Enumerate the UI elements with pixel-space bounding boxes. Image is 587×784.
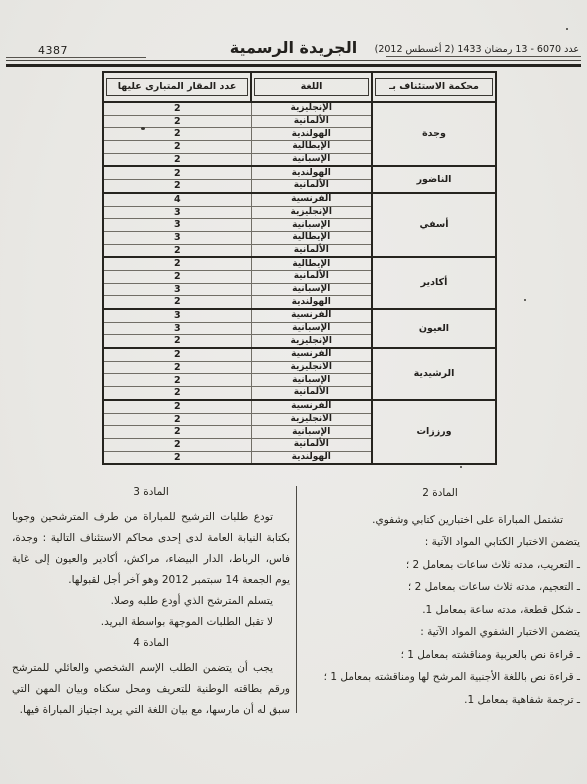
- court-cell: أكادير: [372, 257, 496, 309]
- court-cell: الناضور: [372, 166, 496, 192]
- right-article-column: المادة 2تشتمل المباراة على اختبارين كتاب…: [300, 482, 580, 711]
- language-cell: الإسبانية: [251, 283, 372, 296]
- seats-cell: 2: [103, 400, 251, 413]
- language-cell: الإيطالية: [251, 231, 372, 244]
- court-cell: الرشيدية: [372, 348, 496, 400]
- issue-underline: [386, 56, 581, 57]
- table-body: وجدةالإنجليزية2الألمانية2الهولندية2الإيط…: [103, 102, 496, 464]
- court-cell: أسفي: [372, 193, 496, 257]
- languages-table: محكمة الاستئناف بـ اللغة عدد المقار المت…: [102, 71, 497, 465]
- seats-cell: 2: [103, 270, 251, 283]
- table-row: الرشيديةالفرنسية2: [103, 348, 496, 361]
- seats-cell: 3: [103, 206, 251, 219]
- seats-cell: 2: [103, 335, 251, 348]
- header-seats: عدد المقار المتبارى عليها: [103, 72, 251, 102]
- article-text-line: تشتمل المباراة على اختبارين كتابي وشفوي.: [300, 509, 580, 532]
- seats-cell: 2: [103, 374, 251, 387]
- table-row: أكاديرالإيطالية2: [103, 257, 496, 270]
- seats-cell: 2: [103, 102, 251, 115]
- language-cell: الهولندية: [251, 451, 372, 464]
- language-cell: الألمانية: [251, 244, 372, 257]
- seats-cell: 2: [103, 244, 251, 257]
- language-cell: الألمانية: [251, 438, 372, 451]
- table-row: الناضورالهولندية2: [103, 166, 496, 179]
- language-cell: الإسبانية: [251, 426, 372, 439]
- seats-cell: 2: [103, 153, 251, 166]
- scan-artifact-dot: [141, 127, 145, 130]
- seats-cell: 2: [103, 296, 251, 309]
- column-divider-rule: [296, 486, 297, 713]
- court-cell: ورززات: [372, 400, 496, 464]
- table-row: أسفيالفرنسية4: [103, 193, 496, 206]
- seats-cell: 2: [103, 115, 251, 128]
- court-cell: وجدة: [372, 102, 496, 166]
- header-court: محكمة الاستئناف بـ: [372, 72, 496, 102]
- seats-cell: 2: [103, 387, 251, 400]
- seats-cell: 2: [103, 348, 251, 361]
- language-cell: الانجليزية: [251, 413, 372, 426]
- language-cell: الفرنسية: [251, 348, 372, 361]
- language-cell: الألمانية: [251, 115, 372, 128]
- seats-cell: 2: [103, 451, 251, 464]
- article-text-line: ـ التعجيم، مدته ثلاث ساعات بمعامل 2 ؛: [300, 576, 580, 599]
- language-cell: الفرنسية: [251, 400, 372, 413]
- seats-cell: 2: [103, 128, 251, 141]
- language-cell: الفرنسية: [251, 193, 372, 206]
- seats-cell: 3: [103, 322, 251, 335]
- languages-table-container: محكمة الاستئناف بـ اللغة عدد المقار المت…: [104, 71, 497, 465]
- table-row: العيونالفرنسية3: [103, 309, 496, 322]
- language-cell: الإسبانية: [251, 322, 372, 335]
- article-heading: المادة 3: [12, 482, 290, 503]
- article-text-line: لا تقبل الطلبات الموجهة بواسطة البريد.: [12, 612, 290, 633]
- article-text-line: يتسلم المترشح الذي أودع طلبه وصلا.: [12, 591, 290, 612]
- language-cell: الإنجليزية: [251, 206, 372, 219]
- article-text-line: ـ ترجمة شفاهية بمعامل 1.: [300, 689, 580, 712]
- language-cell: الانجليزية: [251, 361, 372, 374]
- seats-cell: 2: [103, 257, 251, 270]
- article-text-line: ـ التعريب، مدته ثلاث ساعات بمعامل 2 ؛: [300, 554, 580, 577]
- language-cell: الألمانية: [251, 387, 372, 400]
- language-cell: الهولندية: [251, 296, 372, 309]
- seats-cell: 2: [103, 413, 251, 426]
- language-cell: الألمانية: [251, 180, 372, 193]
- seats-cell: 2: [103, 361, 251, 374]
- language-cell: الفرنسية: [251, 309, 372, 322]
- seats-cell: 2: [103, 426, 251, 439]
- table-header-row: محكمة الاستئناف بـ اللغة عدد المقار المت…: [103, 72, 496, 102]
- article-text-line: يتضمن الاختبار الكتابي المواد الآتية :: [300, 531, 580, 554]
- seats-cell: 3: [103, 309, 251, 322]
- article-text-line: يتضمن الاختبار الشفوي المواد الآتية :: [300, 621, 580, 644]
- court-cell: العيون: [372, 309, 496, 348]
- scan-artifact-dot: [524, 299, 526, 301]
- language-cell: الإنجليزية: [251, 102, 372, 115]
- table-row: ورززاتالفرنسية2: [103, 400, 496, 413]
- article-text-line: تودع طلبات الترشيح للمباراة من طرف المتر…: [12, 507, 290, 591]
- article-text-line: ـ قراءة نص باللغة الأجنبية المرشح لها وم…: [300, 666, 580, 689]
- language-cell: الهولندية: [251, 128, 372, 141]
- language-cell: الإسبانية: [251, 153, 372, 166]
- header-language: اللغة: [251, 72, 372, 102]
- language-cell: الإيطالية: [251, 257, 372, 270]
- language-cell: الهولندية: [251, 166, 372, 179]
- table-row: وجدةالإنجليزية2: [103, 102, 496, 115]
- seats-cell: 3: [103, 283, 251, 296]
- seats-cell: 3: [103, 219, 251, 232]
- seats-cell: 2: [103, 180, 251, 193]
- language-cell: الإسبانية: [251, 374, 372, 387]
- seats-cell: 2: [103, 438, 251, 451]
- article-heading: المادة 2: [300, 482, 580, 505]
- seats-cell: 2: [103, 166, 251, 179]
- language-cell: الإيطالية: [251, 141, 372, 154]
- article-text-line: ـ قراءة نص بالعربية ومناقشته بمعامل 1 ؛: [300, 644, 580, 667]
- scan-artifact-dot: [566, 28, 568, 30]
- article-heading: المادة 4: [12, 633, 290, 654]
- language-cell: الألمانية: [251, 270, 372, 283]
- article-text-line: ـ شكل قطعة، مدته ساعة بمعامل 1.: [300, 599, 580, 622]
- seats-cell: 2: [103, 141, 251, 154]
- scan-artifact-dot: [460, 466, 462, 468]
- seats-cell: 4: [103, 193, 251, 206]
- issue-info: عدد 6070 - 13 رمضان 1433 (2 أغسطس 2012): [375, 44, 579, 55]
- left-article-column: المادة 3تودع طلبات الترشيح للمباراة من ط…: [12, 482, 290, 721]
- header-double-rule: [6, 60, 581, 67]
- page-number-underline: [6, 57, 146, 58]
- language-cell: الإسبانية: [251, 219, 372, 232]
- seats-cell: 3: [103, 231, 251, 244]
- article-text-line: يجب أن يتضمن الطلب الإسم الشخصي والعائلي…: [12, 658, 290, 721]
- language-cell: الإنجليزية: [251, 335, 372, 348]
